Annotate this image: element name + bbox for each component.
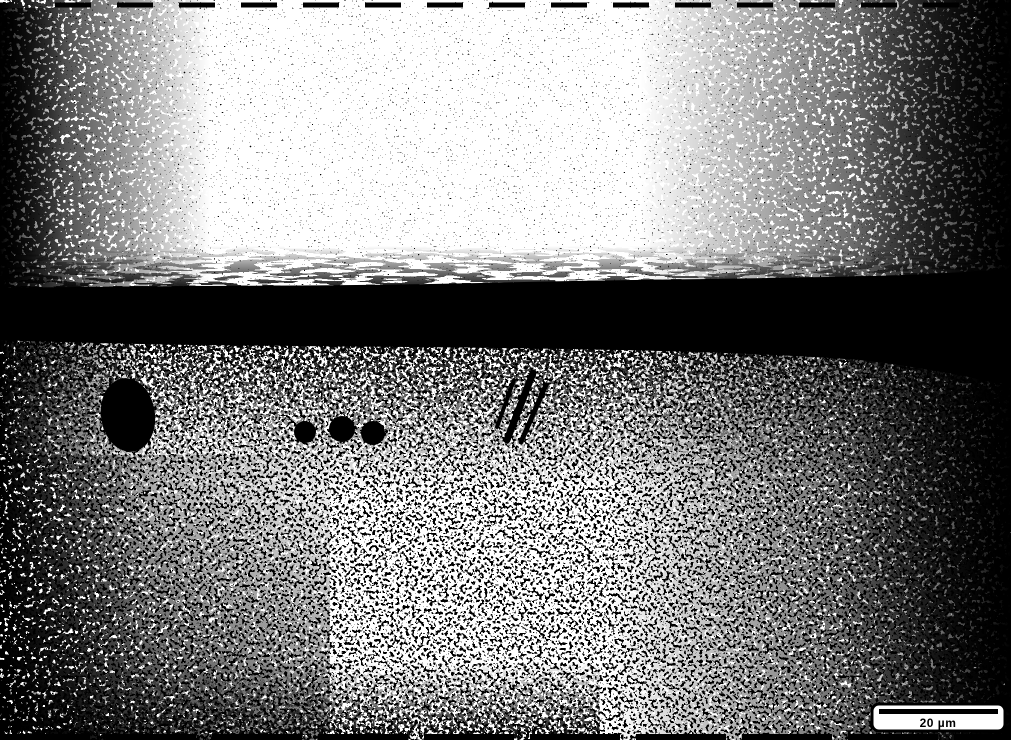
scale-bar-label: 20 µm <box>920 716 957 730</box>
inclusion-dot-2 <box>329 416 355 442</box>
micrograph: 20 µm <box>0 0 1011 740</box>
scale-bar-rule <box>879 709 998 714</box>
inclusion-dot-1 <box>294 421 316 443</box>
texture-bottom-edge <box>0 662 600 740</box>
scale-bar: 20 µm <box>872 704 1005 731</box>
inclusion-dot-3 <box>361 421 385 445</box>
texture-bottom-right-column <box>845 336 1011 740</box>
lower-grain-region <box>0 336 1011 740</box>
micrograph-canvas: 20 µm <box>0 0 1011 740</box>
